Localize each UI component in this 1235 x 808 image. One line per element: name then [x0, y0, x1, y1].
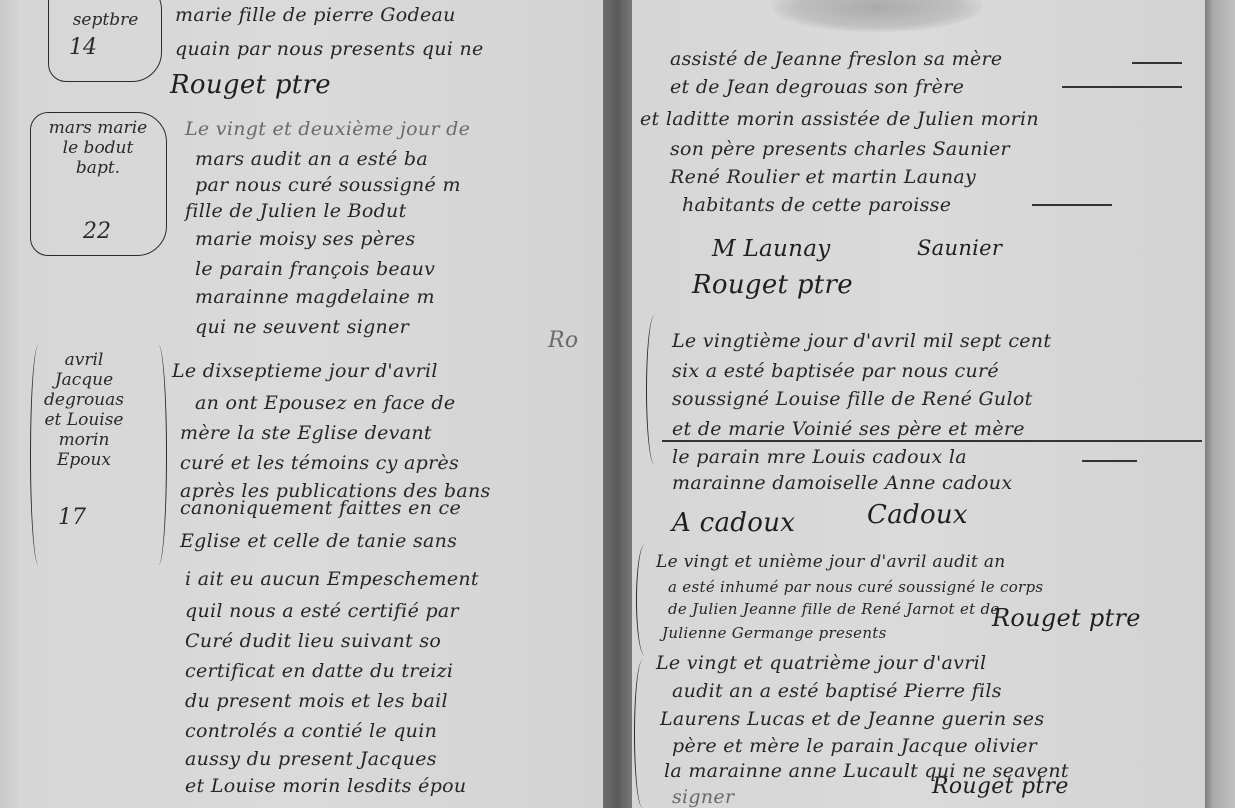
entry-line: marie fille de pierre Godeau [175, 4, 456, 26]
entry-line: marie moisy ses pères [195, 228, 415, 250]
signature: Ro [548, 328, 578, 353]
entry-brace [646, 315, 663, 465]
entry-line: et de marie Voinié ses père et mère [672, 418, 1025, 440]
entry-line: du present mois et les bail [185, 690, 448, 712]
margin-note-number: 22 [62, 222, 132, 242]
entry-line: et laditte morin assistée de Julien mori… [640, 108, 1039, 130]
entry-line: aussy du present Jacques [185, 748, 437, 770]
entry-line: Eglise et celle de tanie sans [180, 530, 457, 552]
entry-line: Julienne Germange presents [662, 624, 887, 642]
signature-witness: M Launay [712, 236, 831, 262]
entry-line: marainne magdelaine m [195, 286, 435, 308]
line-filler [662, 440, 1202, 442]
margin-note-label: avril Jacque degrouas et Louise morin Ep… [34, 350, 134, 470]
right-page: assisté de Jeanne freslon sa mère et de … [632, 0, 1210, 808]
entry-line: signer [672, 786, 734, 808]
line-filler [1032, 204, 1112, 206]
entry-line: a esté inhumé par nous curé soussigné le… [668, 578, 1043, 596]
entry-line: René Roulier et martin Launay [670, 166, 976, 188]
line-filler [1062, 86, 1182, 88]
signature-priest: Rouget ptre [692, 270, 853, 300]
page-edge [1205, 0, 1235, 808]
entry-line: qui ne seuvent signer [195, 316, 409, 338]
register-spread: septbre 14 marie fille de pierre Godeau … [0, 0, 1235, 808]
signature-priest: Rouget ptre [932, 774, 1069, 799]
entry-line: Le vingt et deuxième jour de [185, 118, 470, 140]
entry-line: son père presents charles Saunier [670, 138, 1010, 160]
entry-line: controlés a contié le quin [185, 720, 437, 742]
entry-line: Curé dudit lieu suivant so [185, 630, 441, 652]
entry-line: mère la ste Eglise devant [180, 422, 432, 444]
entry-line: marainne damoiselle Anne cadoux [672, 472, 1012, 494]
entry-line: quain par nous presents qui ne [175, 38, 484, 60]
page-edge [0, 0, 18, 808]
entry-line: père et mère le parain Jacque olivier [672, 735, 1037, 757]
entry-line: le parain mre Louis cadoux la [672, 446, 967, 468]
line-filler [1132, 62, 1182, 64]
seal-stamp [772, 0, 982, 32]
entry-line: assisté de Jeanne freslon sa mère [670, 48, 1002, 70]
left-page: septbre 14 marie fille de pierre Godeau … [0, 0, 603, 808]
entry-line: quil nous a esté certifié par [185, 600, 459, 622]
entry-line: fille de Julien le Bodut [185, 200, 407, 222]
entry-brace [636, 545, 653, 655]
signature-marraine: Cadoux [867, 500, 968, 530]
entry-line: Laurens Lucas et de Jeanne guerin ses [660, 708, 1044, 730]
entry-line: Le vingt et quatrième jour d'avril [656, 652, 986, 674]
margin-note-number: 17 [42, 508, 102, 528]
entry-brace [150, 345, 167, 565]
entry-line: Le dixseptieme jour d'avril [172, 360, 438, 382]
entry-line: et de Jean degrouas son frère [670, 76, 964, 98]
signature-parrain: A cadoux [672, 508, 795, 538]
entry-line: six a esté baptisée par nous curé [672, 360, 999, 382]
entry-line: Le vingtième jour d'avril mil sept cent [672, 330, 1051, 352]
signature-priest: Rouget ptre [992, 604, 1141, 632]
entry-line: Le vingt et unième jour d'avril audit an [656, 552, 1006, 572]
entry-line: mars audit an a esté ba [195, 148, 428, 170]
margin-note-label: septbre [58, 10, 153, 30]
entry-line: certificat en datte du treizi [185, 660, 453, 682]
entry-line: et Louise morin lesdits épou [185, 775, 466, 797]
book-gutter [603, 0, 632, 808]
entry-line: audit an a esté baptisé Pierre fils [672, 680, 1002, 702]
signature: Rouget ptre [170, 70, 331, 100]
entry-line: i ait eu aucun Empeschement [185, 568, 479, 590]
entry-line: par nous curé soussigné m [195, 174, 461, 196]
entry-line: de Julien Jeanne fille de René Jarnot et… [668, 600, 1000, 618]
entry-brace [634, 660, 651, 808]
signature-witness: Saunier [917, 236, 1002, 260]
entry-line: le parain françois beauv [195, 258, 435, 280]
entry-line: an ont Epousez en face de [195, 392, 455, 414]
entry-line: soussigné Louise fille de René Gulot [672, 388, 1033, 410]
entry-line: habitants de cette paroisse [682, 194, 951, 216]
line-filler [1082, 460, 1137, 462]
entry-line: curé et les témoins cy après [180, 452, 459, 474]
entry-line: canoniquement faittes en ce [180, 497, 461, 519]
margin-note-label: mars marie le bodut bapt. [48, 118, 148, 178]
margin-note-number: 14 [58, 38, 108, 58]
